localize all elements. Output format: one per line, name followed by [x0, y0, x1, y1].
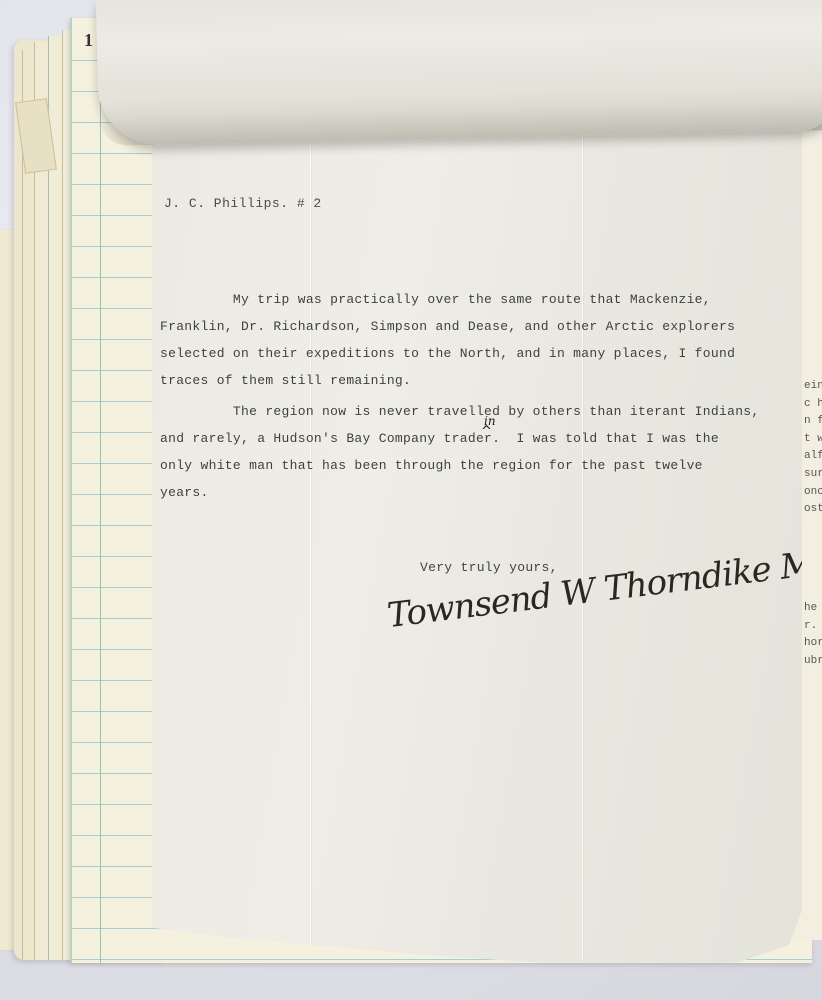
- body-line: The region now is never travelled by oth…: [160, 398, 800, 425]
- letter-body: My trip was practically over the same ro…: [160, 286, 800, 506]
- body-line: Franklin, Dr. Richardson, Simpson and De…: [160, 313, 800, 340]
- handwritten-signature: Townsend W Thorndike M.D.: [385, 539, 822, 636]
- insertion-caret-icon: ^: [481, 424, 492, 439]
- photo-scene: 1 ein c h n f t w alf sur onc ost he r. …: [0, 0, 822, 1000]
- body-line: traces of them still remaining.: [160, 367, 800, 394]
- body-line: selected on their expeditions to the Nor…: [160, 340, 800, 367]
- body-line: only white man that has been through the…: [160, 452, 800, 479]
- letter-closing: Very truly yours,: [420, 560, 558, 575]
- ledger-page-number: 1: [84, 30, 93, 51]
- letter-header: J. C. Phillips. # 2: [164, 196, 322, 211]
- letter-sheet: J. C. Phillips. # 2 My trip was practica…: [152, 118, 802, 998]
- margin-rule: [100, 18, 101, 963]
- fold-crease: [582, 118, 583, 998]
- body-line: My trip was practically over the same ro…: [160, 286, 800, 313]
- rolled-top-sheet: [96, 0, 822, 146]
- fold-crease: [310, 118, 311, 998]
- body-line: years.: [160, 479, 800, 506]
- body-line: and rarely, a Hudson's Bay Company trade…: [160, 425, 800, 452]
- underlying-text-fragments-lower: he r. hor ubr: [804, 600, 822, 670]
- underlying-text-fragments-upper: ein c h n f t w alf sur onc ost: [804, 378, 822, 519]
